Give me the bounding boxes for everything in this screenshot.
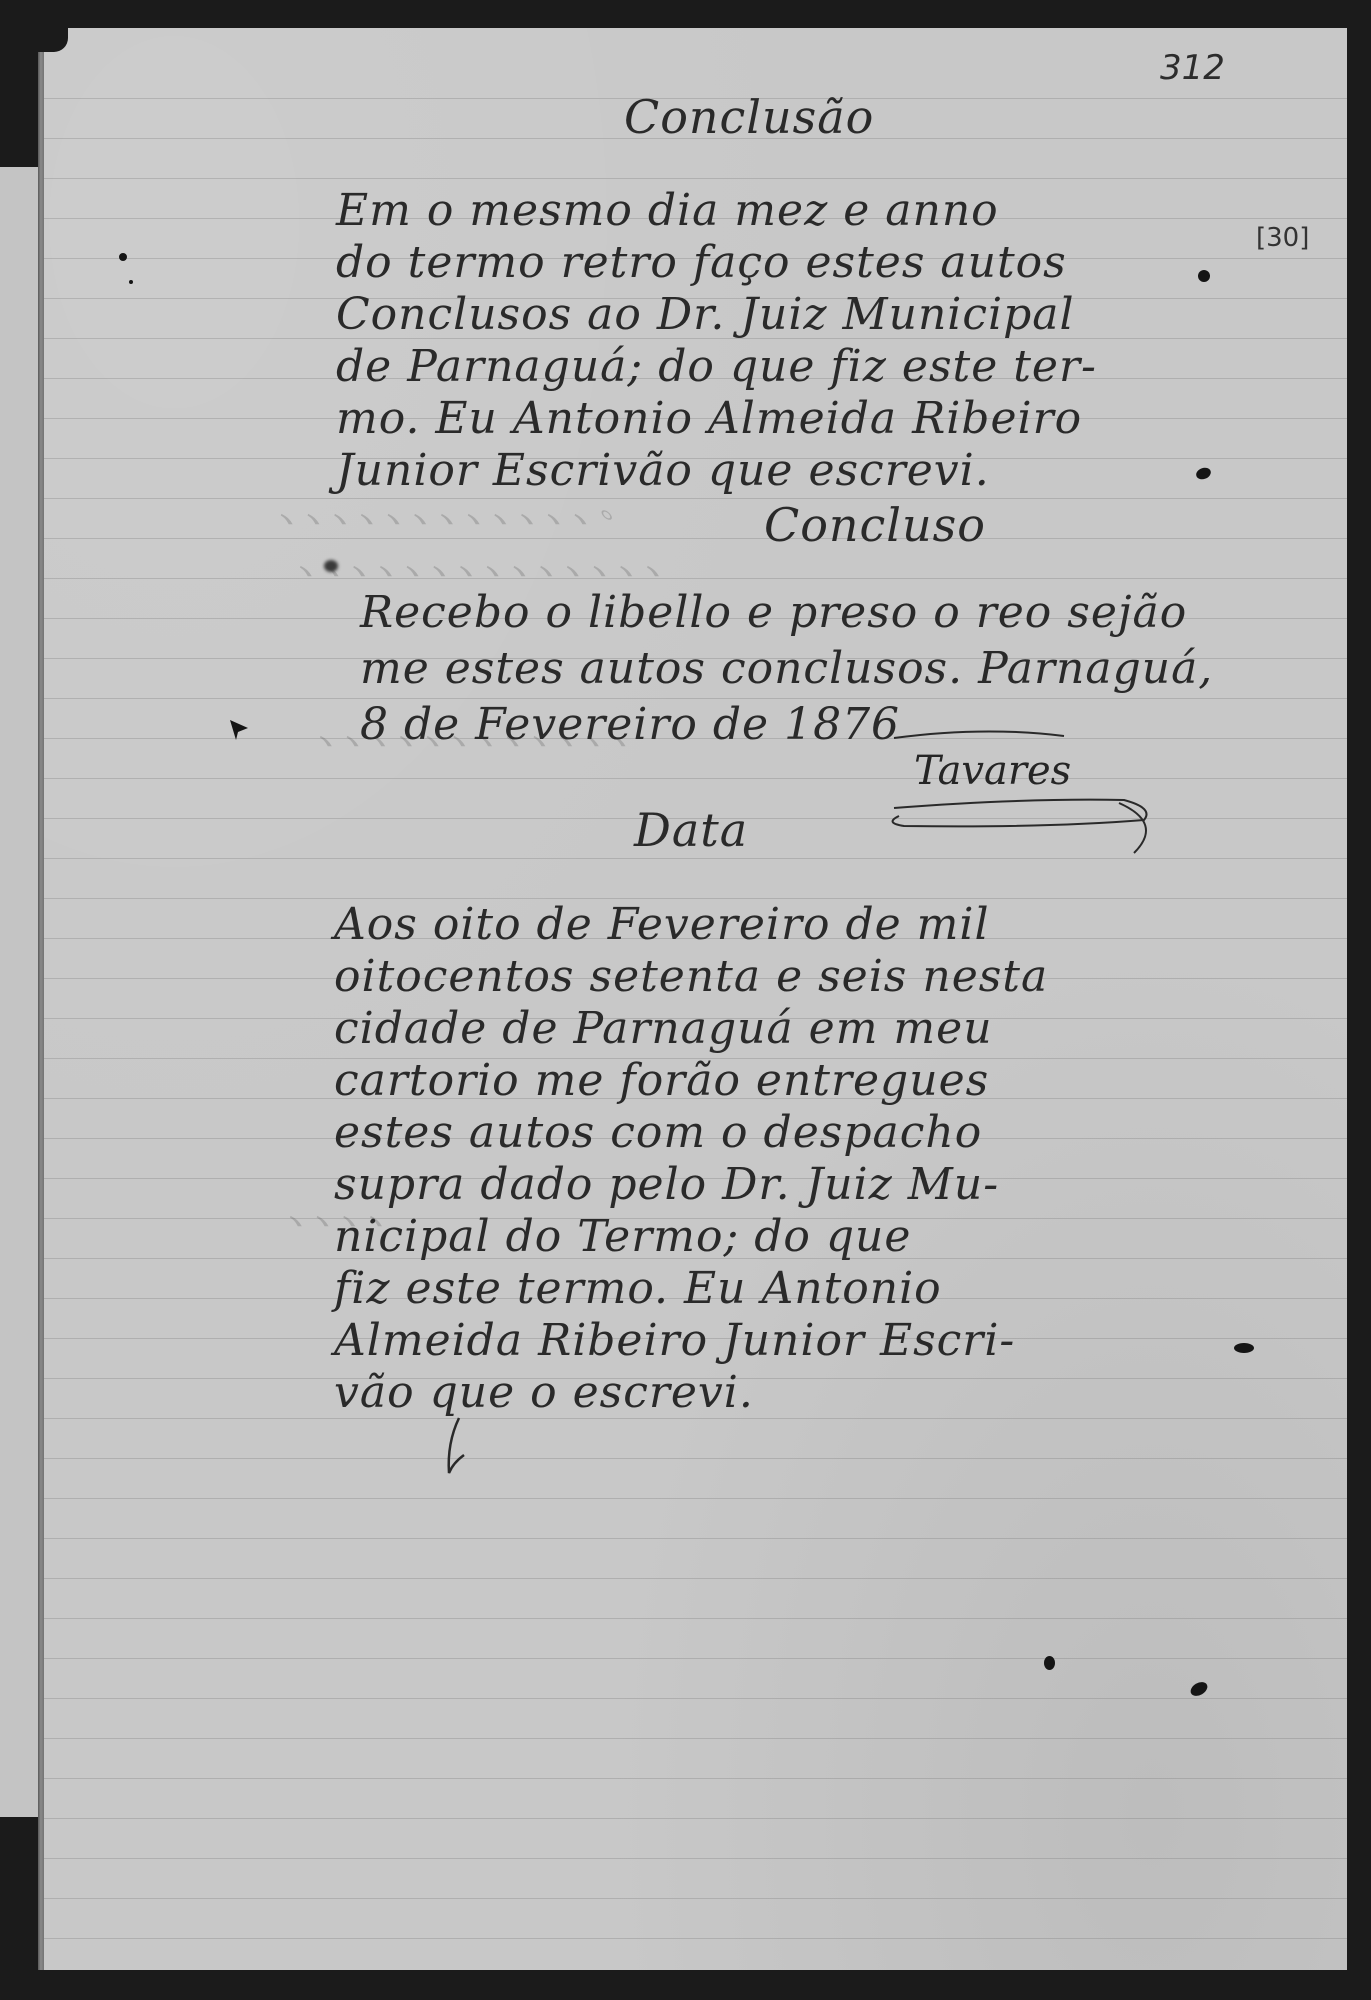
signature-flourish	[864, 728, 1164, 858]
ruled-line	[44, 1698, 1347, 1699]
text-line: cidade de Parnaguá em meu	[334, 1004, 993, 1054]
text-line: supra dado pelo Dr. Juiz Mu-	[334, 1160, 999, 1210]
ink-dot	[129, 280, 133, 284]
text-line: me estes autos conclusos. Parnaguá,	[360, 644, 1213, 694]
folio-number: 312	[1160, 48, 1225, 88]
pen-stroke	[439, 1413, 479, 1483]
ink-mark	[228, 718, 252, 742]
ruled-line	[44, 1578, 1347, 1579]
ruled-line	[44, 858, 1347, 859]
text-line: Junior Escrivão que escrevi.	[336, 446, 990, 496]
ruled-line	[44, 578, 1347, 579]
section-heading-concluso: Concluso	[764, 498, 986, 552]
ink-dot	[1198, 270, 1210, 282]
ink-smudge	[324, 560, 338, 572]
text-line: Conclusos ao Dr. Juiz Municipal	[336, 290, 1075, 340]
section-heading-data: Data	[634, 803, 748, 857]
text-line: Almeida Ribeiro Junior Escri-	[334, 1316, 1015, 1366]
text-line: oitocentos setenta e seis nesta	[334, 952, 1048, 1002]
ruled-line	[44, 178, 1347, 179]
ruled-line	[44, 1658, 1347, 1659]
ruled-line	[44, 1938, 1347, 1939]
ruled-line	[44, 1898, 1347, 1899]
ink-dot	[1044, 1656, 1055, 1670]
manuscript-page: ﾟ ‘ ‘ ‘ ‘ ‘ ‘ ‘ ‘ ‘ ‘ ‘ ‘ ‘ ‘ ‘ ‘ ‘ ‘ ‘ …	[44, 28, 1347, 1970]
text-line: do termo retro faço estes autos	[336, 238, 1067, 288]
bleed-through: ﾟ ‘ ‘ ‘ ‘ ‘ ‘ ‘ ‘ ‘ ‘ ‘ ‘	[273, 498, 636, 558]
adjacent-page-strip	[0, 167, 38, 1817]
section-heading-conclusao: Conclusão	[624, 90, 874, 144]
scanned-document: ﾟ ‘ ‘ ‘ ‘ ‘ ‘ ‘ ‘ ‘ ‘ ‘ ‘ ‘ ‘ ‘ ‘ ‘ ‘ ‘ …	[0, 0, 1371, 2000]
ruled-line	[44, 1498, 1347, 1499]
text-line: cartorio me forão entregues	[334, 1056, 989, 1106]
ruled-line	[44, 1538, 1347, 1539]
archive-page-number: [30]	[1256, 223, 1309, 253]
ruled-line	[44, 1418, 1347, 1419]
ruled-line	[44, 1778, 1347, 1779]
ruled-line	[44, 1818, 1347, 1819]
text-line: Aos oito de Fevereiro de mil	[334, 900, 990, 950]
ruled-line	[44, 1858, 1347, 1859]
ink-dot	[119, 253, 127, 261]
text-line: nicipal do Termo; do que	[334, 1212, 911, 1262]
ink-dot	[1234, 1343, 1254, 1353]
text-line: de Parnaguá; do que fiz este ter-	[336, 342, 1097, 392]
text-line: mo. Eu Antonio Almeida Ribeiro	[336, 394, 1082, 444]
ruled-line	[44, 538, 1347, 539]
text-line: 8 de Fevereiro de 1876	[360, 700, 900, 750]
text-line: Recebo o libello e preso o reo sejão	[360, 588, 1187, 638]
ruled-line	[44, 1738, 1347, 1739]
ink-dot	[1195, 466, 1213, 481]
ruled-line	[44, 1618, 1347, 1619]
ruled-line	[44, 498, 1347, 499]
ink-dot	[1188, 1679, 1210, 1698]
text-line: vão que o escrevi.	[334, 1368, 754, 1418]
text-line: estes autos com o despacho	[334, 1108, 982, 1158]
text-line: fiz este termo. Eu Antonio	[334, 1264, 942, 1314]
text-line: Em o mesmo dia mez e anno	[336, 186, 999, 236]
ruled-line	[44, 1458, 1347, 1459]
